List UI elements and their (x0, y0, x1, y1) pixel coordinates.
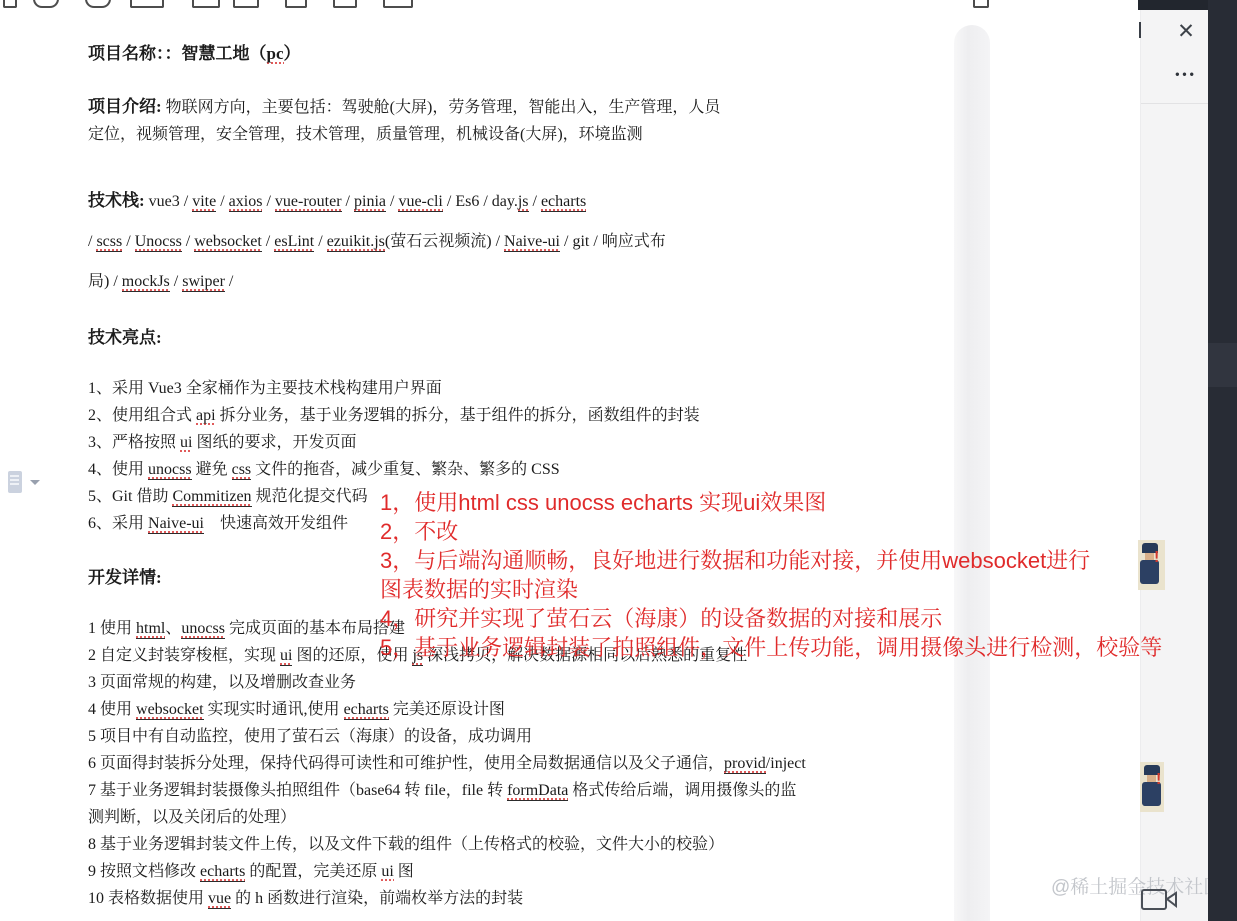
spellcheck-term: echarts (344, 701, 389, 720)
toolbar-icon-fragment[interactable] (3, 0, 17, 8)
detail-item: 7 基于业务逻辑封装摄像头拍照组件（base64 转 file，file 转 f… (88, 777, 806, 831)
spellcheck-term: provid (724, 755, 766, 774)
red-annotation-overlay: 1，使用html css unocss echarts 实现ui效果图2，不改3… (380, 488, 1162, 662)
annotation-line: 2，不改 (380, 517, 1162, 546)
sidebar-active-section[interactable] (1208, 343, 1237, 387)
zoom-out-icon[interactable] (85, 0, 111, 8)
zoom-in-icon[interactable] (33, 0, 59, 8)
details-heading: 开发详情: (88, 563, 162, 588)
toolbar-icon-fragment[interactable] (192, 0, 220, 8)
panel-divider (1141, 103, 1209, 104)
spellcheck-term: scss (96, 233, 122, 252)
detail-item: 6 页面得封装拆分处理，保持代码得可读性和可维护性，使用全局数据通信以及父子通信… (88, 750, 806, 777)
exclamation-icon: ! (1156, 772, 1161, 788)
detail-item: 5 项目中有自动监控，使用了萤石云（海康）的设备，成功调用 (88, 723, 806, 750)
spellcheck-term: ui (280, 647, 292, 666)
stack-label: 技术栈: (88, 191, 145, 210)
spellcheck-term: pinia (354, 193, 386, 212)
detail-item: 3 页面常规的构建，以及增删改查业务 (88, 669, 806, 696)
detail-item: 4 使用 websocket 实现实时通讯,使用 echarts 完美还原设计图 (88, 696, 806, 723)
toolbar-icon-fragment[interactable] (285, 0, 307, 8)
panel-edge-icon (1139, 22, 1141, 38)
intro-label: 项目介绍: (88, 97, 162, 116)
toolbar-icon-fragment[interactable] (233, 0, 259, 8)
spellcheck-term: swiper (182, 273, 225, 292)
top-toolbar (0, 0, 960, 12)
annotation-line: 4，研究并实现了萤石云（海康）的设备数据的对接和展示 (380, 604, 1162, 633)
toolbar-icon-fragment[interactable] (130, 0, 164, 8)
vertical-scrollbar[interactable] (954, 25, 990, 921)
highlight-item: 4、使用 unocss 避免 css 文件的拖沓，减少重复、繁杂、繁多的 CSS (88, 456, 700, 483)
spellcheck-term: ui (180, 434, 192, 452)
spellcheck-term: ezuikit.js (327, 233, 385, 252)
more-options-button[interactable]: ••• (1169, 64, 1203, 84)
spellcheck-term: formData (507, 782, 568, 801)
spellcheck-term: unocss (181, 620, 225, 639)
tech-stack: 技术栈: vue3 / vite / axios / vue-router / … (88, 181, 666, 302)
highlights-heading: 技术亮点: (88, 323, 162, 348)
document-icon (8, 471, 22, 493)
highlight-item: 2、使用组合式 api 拆分业务，基于业务逻辑的拆分，基于组件的拆分，函数组件的… (88, 402, 700, 429)
spellcheck-term: unocss (148, 461, 192, 480)
highlight-item: 3、严格按照 ui 图纸的要求，开发页面 (88, 429, 700, 456)
spellcheck-term: mockJs (122, 273, 170, 292)
close-button[interactable]: ✕ (1173, 18, 1199, 44)
spellcheck-term: Naive-ui (504, 233, 560, 252)
annotation-line: 5，基于业务逻辑封装了拍照组件，文件上传功能，调用摄像头进行检测，校验等 (380, 633, 1162, 662)
spellcheck-term: websocket (194, 233, 262, 252)
detail-item: 10 表格数据使用 vue 的 h 函数进行渲染，前端枚举方法的封装 (88, 885, 806, 912)
sticker-face (1147, 775, 1156, 782)
spellcheck-term: Commitizen (172, 488, 251, 507)
toolbar-icon-fragment[interactable] (383, 0, 413, 8)
toolbar-icon-fragment[interactable] (973, 0, 989, 8)
spellcheck-term: css (232, 461, 252, 480)
highlight-item: 1、采用 Vue3 全家桶作为主要技术栈构建用户界面 (88, 375, 700, 402)
spellcheck-term: vite (192, 193, 216, 212)
doc-title: 项目名称：：智慧工地（pc） (88, 40, 301, 67)
spellcheck-term: html (136, 620, 165, 639)
spellcheck-term: esLint (274, 233, 314, 252)
sticker-avatar: ! (1140, 762, 1164, 812)
dropdown-caret-icon[interactable] (30, 480, 40, 485)
spellcheck-term: vue-cli (398, 193, 442, 212)
spellcheck-term: ui (381, 863, 393, 881)
spellcheck-term: api (196, 407, 216, 425)
watermark-text: @稀土掘金技术社区 (1051, 872, 1222, 899)
spellcheck-term: echarts (541, 193, 586, 212)
detail-item: 9 按照文档修改 echarts 的配置，完美还原 ui 图 (88, 858, 806, 885)
toolbar-icon-fragment[interactable] (333, 0, 357, 8)
annotation-line: 图表数据的实时渲染 (380, 575, 1162, 604)
spellcheck-term: echarts (200, 863, 245, 882)
spellcheck-term: Unocss (135, 233, 182, 252)
spellcheck-term: websocket (136, 701, 204, 720)
annotation-line: 1，使用html css unocss echarts 实现ui效果图 (380, 488, 1162, 517)
screenshot-stage: 项目名称：：智慧工地（pc） 项目介绍: 物联网方向，主要包括：驾驶舱(大屏)，… (0, 0, 1237, 921)
spellcheck-term: Naive-ui (148, 515, 204, 534)
spellcheck-term: vue-router (275, 193, 342, 212)
spellcheck-term: axios (229, 193, 263, 212)
detail-item: 8 基于业务逻辑封装文件上传，以及文件下载的组件（上传格式的校验，文件大小的校验… (88, 831, 806, 858)
annotation-line: 3，与后端沟通顺畅，良好地进行数据和功能对接，并使用websocket进行 (380, 546, 1162, 575)
spellcheck-term: js (518, 193, 529, 212)
dark-sidebar (1208, 0, 1237, 921)
project-intro: 项目介绍: 物联网方向，主要包括：驾驶舱(大屏)，劳务管理，智能出入，生产管理，… (88, 93, 720, 148)
video-camera-icon (1140, 884, 1178, 914)
spellcheck-term: vue (208, 890, 231, 909)
spellcheck-term: pc (267, 44, 284, 64)
